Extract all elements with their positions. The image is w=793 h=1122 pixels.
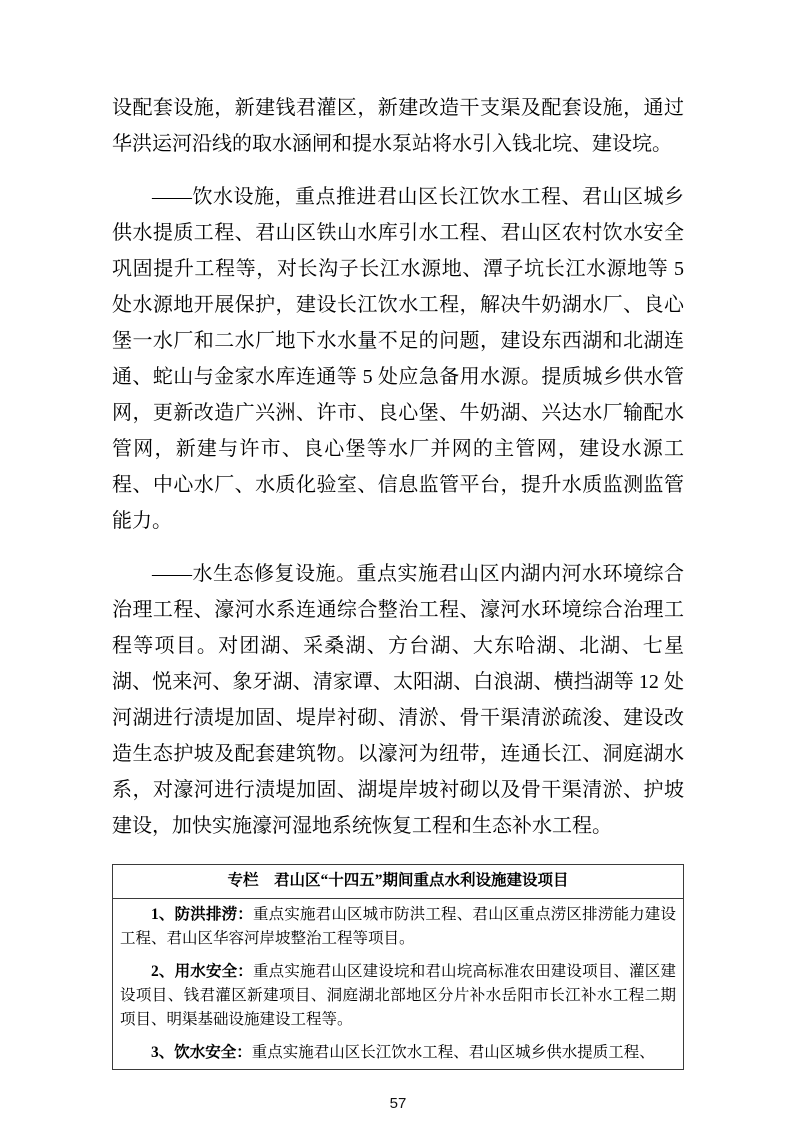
project-box-item-label: 2、用水安全： bbox=[151, 963, 253, 980]
project-box-item-label: 1、防洪排涝： bbox=[151, 906, 253, 923]
page-number: 57 bbox=[112, 1095, 684, 1112]
project-box-body: 1、防洪排涝：重点实施君山区城市防洪工程、君山区重点涝区排涝能力建设工程、君山区… bbox=[113, 899, 683, 1069]
project-box-title: 专栏 君山区“十四五”期间重点水利设施建设项目 bbox=[113, 865, 683, 899]
paragraph-water-ecology-restoration: ——水生态修复设施。重点实施君山区内湖内河水环境综合治理工程、濠河水系连通综合整… bbox=[112, 556, 684, 844]
project-box-item-text: 重点实施君山区长江饮水工程、君山区城乡供水提质工程、 bbox=[252, 1044, 655, 1061]
paragraph-drinking-water-facilities: ——饮水设施，重点推进君山区长江饮水工程、君山区城乡供水提质工程、君山区铁山水库… bbox=[112, 179, 684, 539]
project-box-item-flood-control: 1、防洪排涝：重点实施君山区城市防洪工程、君山区重点涝区排涝能力建设工程、君山区… bbox=[120, 903, 676, 951]
project-box-item-water-use-safety: 2、用水安全：重点实施君山区建设垸和君山垸高标准农田建设项目、灌区建设项目、钱君… bbox=[120, 960, 676, 1032]
project-box-item-drinking-water-safety: 3、饮水安全：重点实施君山区长江饮水工程、君山区城乡供水提质工程、 bbox=[120, 1041, 676, 1065]
paragraph-continuation: 设配套设施，新建钱君灌区，新建改造干支渠及配套设施，通过华洪运河沿线的取水涵闸和… bbox=[112, 90, 684, 162]
project-box: 专栏 君山区“十四五”期间重点水利设施建设项目 1、防洪排涝：重点实施君山区城市… bbox=[112, 864, 684, 1070]
project-box-item-label: 3、饮水安全： bbox=[151, 1044, 252, 1061]
document-content: 设配套设施，新建钱君灌区，新建改造干支渠及配套设施，通过华洪运河沿线的取水涵闸和… bbox=[0, 0, 793, 1112]
document-page: 设配套设施，新建钱君灌区，新建改造干支渠及配套设施，通过华洪运河沿线的取水涵闸和… bbox=[0, 0, 793, 1122]
